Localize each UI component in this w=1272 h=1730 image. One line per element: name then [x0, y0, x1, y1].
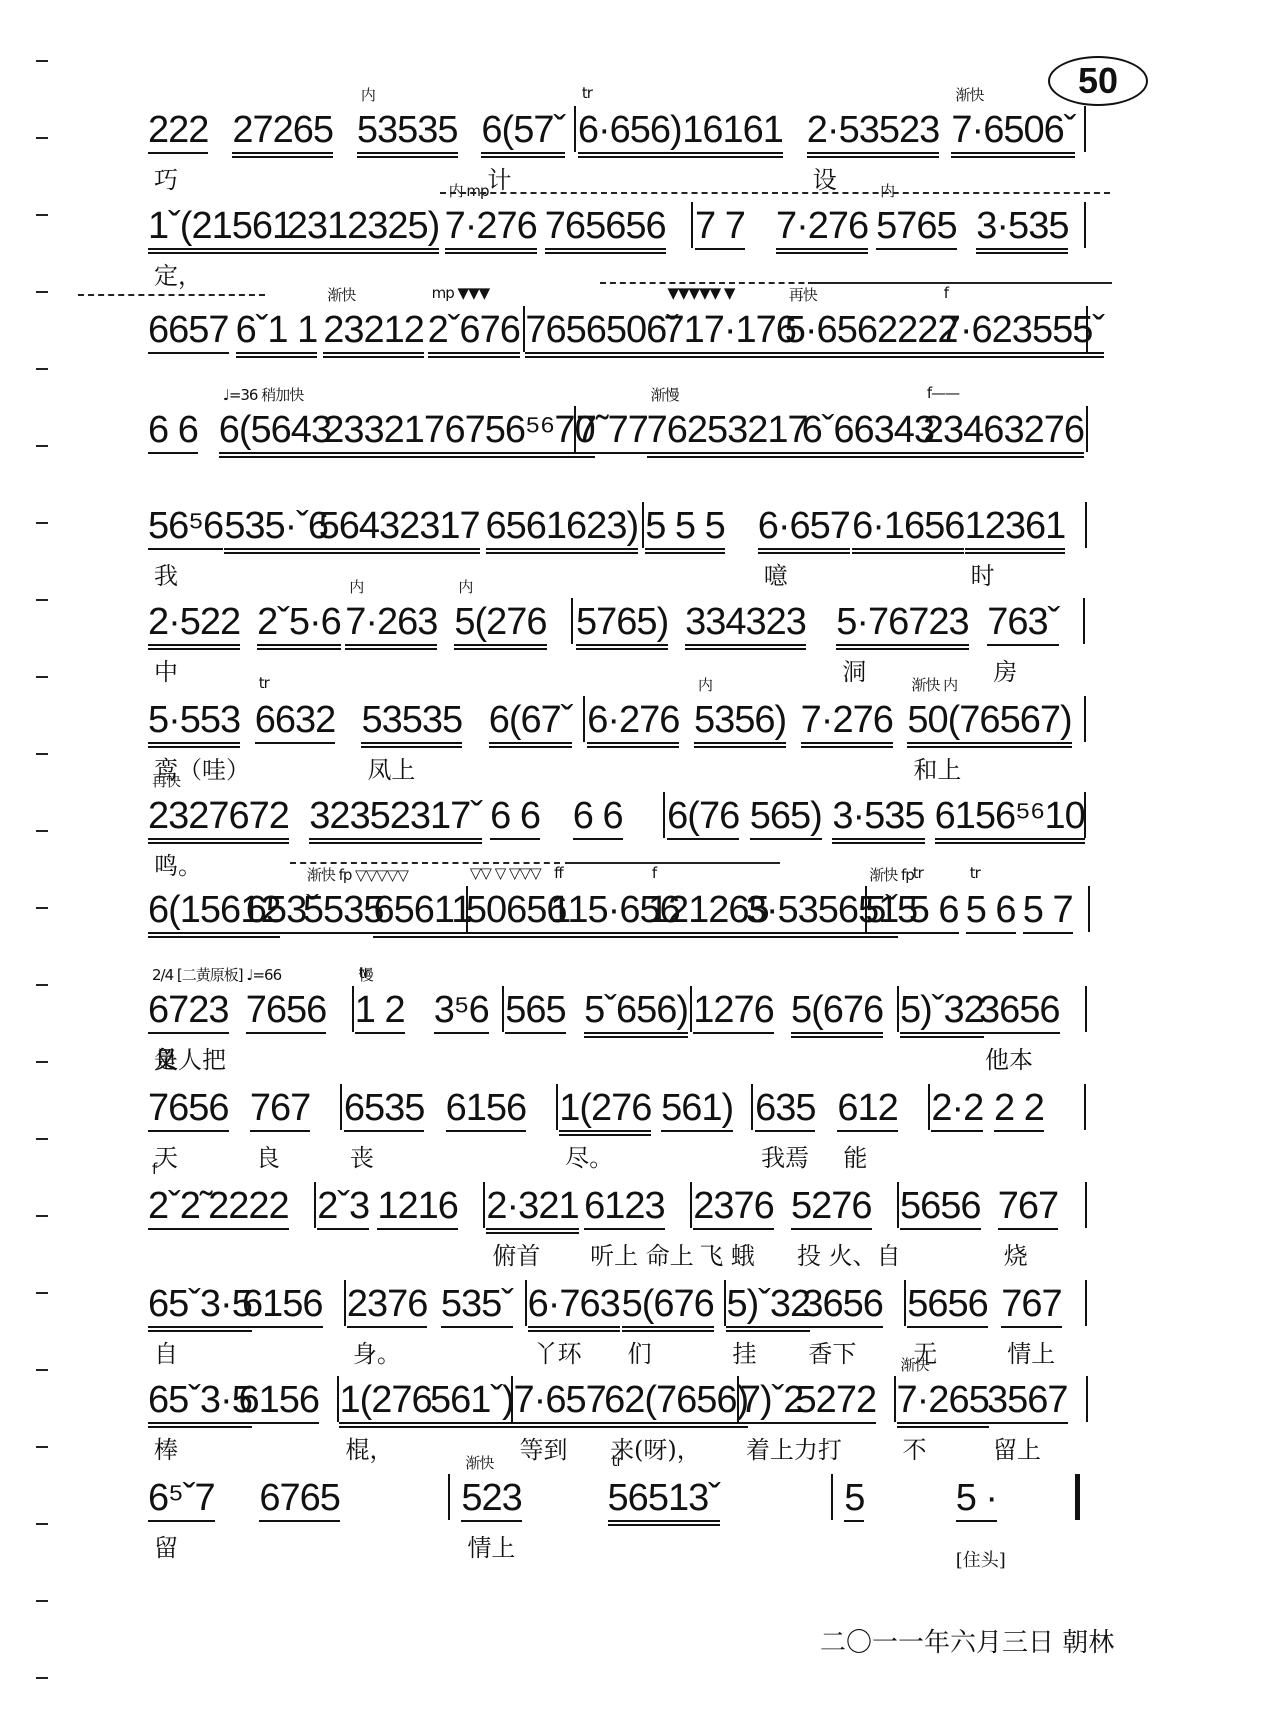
margin-tick [36, 1446, 48, 1448]
lyric: 自 [154, 1334, 178, 1369]
note-group: 6⁵ˇ7 [148, 1478, 215, 1518]
lyric: 留上 [993, 1430, 1041, 1465]
barline [1084, 696, 1086, 742]
note-group: 65ˇ3·5 [148, 1380, 252, 1420]
performance-annotation: 内 [361, 84, 375, 105]
lyric: 棒 [154, 1430, 178, 1465]
lyric: 洞 [842, 652, 866, 687]
note-group: 765656 [545, 206, 666, 246]
note-group: 2222 [208, 1186, 289, 1226]
staff-line: 65ˇ3·561561(276561ˇ)7·65762(7656)7)ˇ2527… [148, 1380, 1198, 1426]
barline [1086, 406, 1088, 452]
lyrics-line [148, 456, 1198, 492]
barline [1086, 306, 1088, 352]
note-group: 565) [750, 796, 822, 836]
note-group: 612 [837, 1088, 897, 1128]
note-group: 1 2 [355, 990, 405, 1030]
note-group: 3656 [979, 990, 1060, 1030]
note-group: 2ˇ3 [317, 1186, 369, 1226]
lyric: 设 [813, 160, 837, 195]
note-group: 5765 [876, 206, 957, 246]
note-group: 5272 [796, 1380, 877, 1420]
final-barline [1075, 1474, 1080, 1520]
lyric: 们 [628, 1334, 652, 1369]
performance-annotation: f [652, 864, 656, 882]
note-group: 5)ˇ32 [726, 1284, 810, 1324]
barline [340, 1084, 342, 1130]
lyric: 挂 [732, 1334, 756, 1369]
note-group: 12361 [965, 506, 1066, 546]
note-group: 5 6 [909, 890, 959, 930]
performance-annotation: 渐快 内 [911, 674, 957, 695]
note-group: 763ˇ [987, 602, 1059, 642]
margin-tick [36, 984, 48, 986]
note-group: 2376 [693, 1186, 774, 1226]
lyric: 天 [154, 1138, 178, 1173]
lyric: 我焉 [761, 1138, 809, 1173]
staff-line: 66576ˇ1 1232122ˇ6767656506ˇ717·1765·6562… [148, 310, 1198, 356]
note-group: 7·265 [897, 1380, 989, 1420]
barline [751, 1084, 753, 1130]
note-group: 635 [755, 1088, 815, 1128]
lyric: 丫环 [534, 1334, 582, 1369]
lyric: 和上 [913, 750, 961, 785]
note-group: 1216 [377, 1186, 458, 1226]
margin-tick [36, 1523, 48, 1525]
score-system: 6⁵ˇ7676552356513ˇ55 ·渐快tr留情上[住头] [148, 1478, 1198, 1560]
note-group: 6·657 [758, 506, 850, 546]
note-group: 5356) [694, 700, 786, 740]
note-group: 5276 [791, 1186, 872, 1226]
lyrics-line: 巧计设 [148, 156, 1198, 192]
note-group: 2ˇ5·6 [257, 602, 341, 642]
note-group: 6(76 [667, 796, 739, 836]
performance-annotation: tr [913, 864, 923, 882]
note-group: 6(57ˇ [481, 110, 565, 150]
note-group: 32352317ˇ [309, 796, 482, 836]
barline [1085, 986, 1087, 1032]
note-group: 561) [661, 1088, 733, 1128]
note-group: 5(276 [454, 602, 546, 642]
note-group: 56513ˇ [608, 1478, 720, 1518]
margin-tick [36, 1061, 48, 1063]
lyric: 投 火、自 [797, 1236, 901, 1271]
score-system: 2ˇ2˜22222ˇ312162·3216123237652765656767f… [148, 1186, 1198, 1268]
dashed-extension-line [78, 294, 265, 296]
lyric: 良 [256, 1138, 280, 1173]
note-group: 7656 [148, 1088, 229, 1128]
score-system: 1ˇ(215612312325)7·2767656567 77·27657653… [148, 206, 1198, 288]
performance-annotation: ff [554, 864, 563, 882]
performance-annotation: f [944, 284, 948, 302]
margin-tick [36, 60, 48, 62]
note-group: 1(276 [339, 1380, 431, 1420]
note-group: 2ˇ2˜ [148, 1186, 212, 1226]
note-group: 7·623555ˇ [940, 310, 1104, 350]
note-group: 27265 [232, 110, 333, 150]
performance-annotation: tr [970, 864, 980, 882]
barline [556, 1084, 558, 1130]
lyric: 不 [903, 1430, 927, 1465]
note-group: 7·276 [801, 700, 893, 740]
note-group: 6 6 [490, 796, 540, 836]
barline [344, 1280, 346, 1326]
barline [831, 1474, 833, 1520]
lyric: 噫 [764, 556, 788, 591]
note-group: 2 2 [994, 1088, 1044, 1128]
note-group: 1(276 [559, 1088, 651, 1128]
barline [690, 1182, 692, 1228]
performance-annotation: tr [612, 1452, 622, 1470]
lyric: 留 [154, 1528, 178, 1563]
note-group: 7·6506ˇ [951, 110, 1075, 150]
lyric: 听上 命上 [590, 1236, 694, 1271]
note-group: 7·276 [445, 206, 537, 246]
note-group: 5·6562222 [785, 310, 958, 350]
performance-annotation: tr [359, 964, 369, 982]
performance-annotation: f—— [927, 384, 959, 402]
note-group: 6156 [239, 1380, 320, 1420]
note-group: 6632 [255, 700, 336, 740]
score-system: 232767232352317ˇ6 66 66(76565)3·5356156⁵… [148, 796, 1198, 878]
staff-line: 6(15612653ˇ55356561150656115·6561212653·… [148, 890, 1198, 936]
note-group: 1276 [693, 990, 774, 1030]
solid-extension-line [808, 282, 1112, 284]
lyric: 他本 [985, 1040, 1033, 1075]
note-group: 6156 [446, 1088, 527, 1128]
score-system: 7656767653561561(276561)6356122·22 2天良丧尽… [148, 1088, 1198, 1170]
note-group: 7 7 [695, 206, 745, 246]
note-group: 334323 [685, 602, 806, 642]
performance-annotation: ▼▼▼▼▼ ▼ [667, 284, 734, 302]
note-group: 62(7656) [604, 1380, 748, 1420]
note-group: 1ˇ(21561 [148, 206, 292, 246]
note-group: 50(76567) [907, 700, 1071, 740]
note-group: 65611 [373, 890, 471, 930]
performance-annotation: 再快 [789, 284, 817, 305]
barline [691, 202, 693, 248]
barline [663, 792, 665, 838]
lyrics-line: 棒棍，等到来(呀)，着上力打不留上 [148, 1426, 1198, 1462]
note-group: 5ˇ656) [584, 990, 688, 1030]
barline [1084, 106, 1086, 152]
note-group: 5·553 [148, 700, 240, 740]
staff-line: 232767232352317ˇ6 66 66(76565)3·5356156⁵… [148, 796, 1198, 842]
margin-tick [36, 830, 48, 832]
lyrics-line: 自身。丫环们挂香下无情上 [148, 1330, 1198, 1366]
barline [352, 986, 354, 1032]
note-group: 3656 [802, 1284, 883, 1324]
lyric: 尽。 [565, 1138, 613, 1173]
note-group: 7·276 [776, 206, 868, 246]
barline [1085, 502, 1087, 548]
note-group: 3·535 [976, 206, 1068, 246]
note-group: 561ˇ) [430, 1380, 514, 1420]
note-group: 6(67ˇ [489, 700, 573, 740]
note-group: 5 6 [966, 890, 1016, 930]
note-group: 5765) [576, 602, 668, 642]
lyric: 鸣。 [154, 846, 202, 881]
score-system: 6 66(56432332176756⁵⁶707˜77762532176ˇ663… [148, 410, 1198, 492]
note-group: 65ˇ3·5 [148, 1284, 252, 1324]
note-group: 767 [1001, 1284, 1061, 1324]
performance-annotation: 内 mp [449, 180, 489, 201]
lyric: 凤上 [367, 750, 415, 785]
margin-tick [36, 599, 48, 601]
dashed-extension-line [440, 192, 1110, 194]
barline [642, 502, 644, 548]
score-system: 66576ˇ1 1232122ˇ6767656506ˇ717·1765·6562… [148, 310, 1198, 392]
note-group: 7·263 [345, 602, 437, 642]
staff-line: 22227265535356(57ˇ6·656)161612·535237·65… [148, 110, 1198, 156]
note-group: 233217 [323, 410, 444, 450]
performance-annotation: 内 [458, 576, 472, 597]
barline [525, 1280, 527, 1326]
barline [1084, 792, 1086, 838]
note-group: 2327672 [148, 796, 289, 836]
barline [1085, 1182, 1087, 1228]
note-group: 2·2 [931, 1088, 983, 1128]
margin-tick [36, 676, 48, 678]
note-group: 5(676 [622, 1284, 714, 1324]
note-group: 3567 [987, 1380, 1068, 1420]
note-group: 7656 [246, 990, 327, 1030]
score-system: 2·5222ˇ5·67·2635(2765765)3343235·7672376… [148, 602, 1198, 684]
lyric: 巧 [154, 160, 178, 195]
lyrics-line: 洞房中 [148, 648, 1198, 684]
performance-annotation: 内 [698, 674, 712, 695]
note-group: 6561623) [486, 506, 639, 546]
note-group: 535ˇ [441, 1284, 513, 1324]
lyrics-line: 天良丧尽。我焉能 [148, 1134, 1198, 1170]
lyric: 房 [993, 652, 1017, 687]
performance-annotation: 2/4 [二黄原板] ♩=66 [152, 964, 281, 985]
margin-tick [36, 1215, 48, 1217]
score-system: 56⁵6535·ˇ6564323176561623)5 5 56·6576·16… [148, 506, 1198, 588]
score-system: 65ˇ3·561561(276561ˇ)7·65762(7656)7)ˇ2527… [148, 1380, 1198, 1462]
barline [1085, 1280, 1087, 1326]
barline [690, 986, 692, 1032]
lyric: 计 [487, 160, 511, 195]
note-group: 3⁵6 [434, 990, 489, 1030]
ending-label: [住头] [956, 1546, 1006, 1572]
lyric: 棍， [345, 1430, 393, 1465]
lyrics-line: 噫时我 [148, 552, 1198, 588]
barline [571, 598, 573, 644]
performance-annotation: tr [582, 84, 592, 102]
lyric: 烧 [1004, 1236, 1028, 1271]
lyric: 来(呀)， [610, 1430, 701, 1465]
barline [448, 1474, 450, 1520]
staff-line: 65ˇ3·561562376535ˇ6·7635(6765)ˇ323656565… [148, 1284, 1198, 1330]
lyrics-line: 鸣。 [148, 842, 1198, 878]
note-group: 2·321 [486, 1186, 578, 1226]
note-group: 6(5643 [219, 410, 331, 450]
note-group: 53535 [361, 700, 462, 740]
note-group: 6ˇ66343 [802, 410, 934, 450]
note-group: 6723 [148, 990, 229, 1030]
signature: 二〇一一年六月三日 朝林 [820, 1622, 1114, 1659]
note-group: 523 [461, 1478, 521, 1518]
lyric: 着上力打 [746, 1430, 842, 1465]
lyric: 香下 [808, 1334, 856, 1369]
note-group: 6765 [259, 1478, 340, 1518]
barline [897, 1182, 899, 1228]
performance-annotation: 内 [880, 180, 894, 201]
performance-annotation: tr [259, 674, 269, 692]
staff-line: 6⁵ˇ7676552356513ˇ55 ·渐快tr [148, 1478, 1198, 1524]
note-group: 767 [998, 1186, 1058, 1226]
performance-annotation: 渐慢 [651, 384, 679, 405]
note-group: 2·522 [148, 602, 240, 642]
note-group: 5656 [907, 1284, 988, 1324]
note-group: 7656506ˇ [525, 310, 678, 350]
barline [483, 1182, 485, 1228]
score-system: 6(15612653ˇ55356561150656115·6561212653·… [148, 890, 1198, 972]
note-group: 5656 [900, 1186, 981, 1226]
note-group: 5)ˇ32 [900, 990, 984, 1030]
note-group: 717·176 [663, 310, 795, 350]
barline [1083, 598, 1085, 644]
score-system: 65ˇ3·561562376535ˇ6·7635(6765)ˇ323656565… [148, 1284, 1198, 1366]
score-system: 5·5536632535356(67ˇ6·2765356)7·27650(765… [148, 700, 1198, 782]
note-group: 6156 [242, 1284, 323, 1324]
staff-line: 6 66(56432332176756⁵⁶707˜77762532176ˇ663… [148, 410, 1198, 456]
note-group: 535·ˇ6 [224, 506, 328, 546]
score-system: 672376561 23⁵65655ˇ656)12765(6765)ˇ32365… [148, 990, 1198, 1072]
note-group: 7·657 [514, 1380, 606, 1420]
lyrics-line [148, 936, 1198, 972]
performance-annotation: 渐快 [327, 284, 355, 305]
performance-annotation: ▽▽ ▽ ▽▽▽ [470, 864, 541, 882]
performance-annotation: 渐快 fp [869, 864, 914, 885]
performance-annotation: f [152, 1160, 156, 1178]
note-group: 2376 [347, 1284, 428, 1324]
page-number: 50 [1048, 56, 1148, 106]
note-group: 23463276 [923, 410, 1084, 450]
note-group: 7)ˇ2 [740, 1380, 804, 1420]
performance-annotation: mp ▼▼▼ [432, 284, 490, 302]
performance-annotation: 渐快 [901, 1354, 929, 1375]
margin-tick [36, 753, 48, 755]
barline [1088, 886, 1090, 932]
margin-tick [36, 291, 48, 293]
margin-tick [36, 214, 48, 216]
lyrics-line: 鸾（哇）凤上和上 [148, 746, 1198, 782]
lyrics-line: 他本是负义人把 [148, 1036, 1198, 1072]
note-group: 6ˇ1 1 [236, 310, 318, 350]
note-group: 56432317 [319, 506, 480, 546]
lyrics-line: 留情上[住头] [148, 1524, 1198, 1560]
margin-tick [36, 907, 48, 909]
barline [904, 1280, 906, 1326]
margin-tick [36, 522, 48, 524]
lyric: 身。 [353, 1334, 401, 1369]
note-group: 6 6 [148, 410, 198, 450]
note-group: 23212 [323, 310, 424, 350]
barline [574, 106, 576, 152]
barline [314, 1182, 316, 1228]
staff-line: 672376561 23⁵65655ˇ656)12765(6765)ˇ32365… [148, 990, 1198, 1036]
note-group: 76253217 [647, 410, 808, 450]
note-group: 6·656) [578, 110, 682, 150]
performance-annotation: 再快 [152, 770, 180, 791]
barline [724, 1280, 726, 1326]
staff-line: 2ˇ2˜22222ˇ312162·3216123237652765656767f [148, 1186, 1198, 1232]
staff-line: 5·5536632535356(67ˇ6·2765356)7·27650(765… [148, 700, 1198, 746]
lyric: 俯首 [492, 1236, 540, 1271]
note-group: 7˜77 [576, 410, 648, 450]
solid-extension-line [565, 862, 780, 864]
barline [1086, 1376, 1088, 1422]
note-group: 6756⁵⁶70 [444, 410, 594, 450]
note-group: 56⁵6 [148, 506, 223, 546]
performance-annotation: ♩=36 稍加快 [223, 384, 304, 405]
performance-annotation: 渐快 [955, 84, 983, 105]
note-group: 565 [505, 990, 565, 1030]
note-group: 6·763 [528, 1284, 620, 1324]
lyric: 等到 [520, 1430, 568, 1465]
staff-line: 56⁵6535·ˇ6564323176561623)5 5 56·6576·16… [148, 506, 1198, 552]
note-group: 5·76723 [836, 602, 968, 642]
margin-tick [36, 1600, 48, 1602]
lyric: 中 [154, 652, 178, 687]
performance-annotation: 渐快 fp ▽▽▽▽▽ [307, 864, 408, 885]
note-group: 53535 [357, 110, 458, 150]
barline [1084, 1084, 1086, 1130]
note-group: 6657 [148, 310, 229, 350]
note-group: 16161 [682, 110, 783, 150]
note-group: 5(676 [791, 990, 883, 1030]
barline [1084, 202, 1086, 248]
staff-line: 7656767653561561(276561)6356122·22 2 [148, 1088, 1198, 1134]
lyric: 义人把 [154, 1040, 226, 1075]
barline [897, 986, 899, 1032]
barline [583, 696, 585, 742]
note-group: 6156⁵⁶10 [935, 796, 1085, 836]
dashed-extension-line [290, 862, 560, 864]
staff-line: 2·5222ˇ5·67·2635(2765765)3343235·7672376… [148, 602, 1198, 648]
margin-tick [36, 137, 48, 139]
note-group: 5535 [303, 890, 384, 930]
note-group: 2·53523 [807, 110, 939, 150]
note-group: 2312325) [287, 206, 440, 246]
note-group: 767 [250, 1088, 310, 1128]
note-group: 5 7 [1023, 890, 1073, 930]
margin-tick [36, 1292, 48, 1294]
margin-tick [36, 1677, 48, 1679]
lyric: 情上 [1007, 1334, 1055, 1369]
lyric: 能 [843, 1138, 867, 1173]
margin-tick [36, 368, 48, 370]
note-group: 2ˇ676 [428, 310, 520, 350]
note-group: 6535 [344, 1088, 425, 1128]
lyrics-line: 俯首听上 命上飞 蛾投 火、自烧 [148, 1232, 1198, 1268]
margin-tick [36, 1369, 48, 1371]
performance-annotation: 渐快 [465, 1452, 493, 1473]
score-system: 22227265535356(57ˇ6·656)161612·535237·65… [148, 110, 1198, 192]
barline [502, 986, 504, 1032]
note-group: 6·276 [587, 700, 679, 740]
lyric: 情上 [467, 1528, 515, 1563]
note-group: 5 · [956, 1478, 997, 1518]
staff-line: 1ˇ(215612312325)7·2767656567 77·27657653… [148, 206, 1198, 252]
note-group: 3·535 [832, 796, 924, 836]
lyric: 丧 [350, 1138, 374, 1173]
lyric: 飞 蛾 [699, 1236, 755, 1271]
barline [928, 1084, 930, 1130]
lyric: 时 [971, 556, 995, 591]
